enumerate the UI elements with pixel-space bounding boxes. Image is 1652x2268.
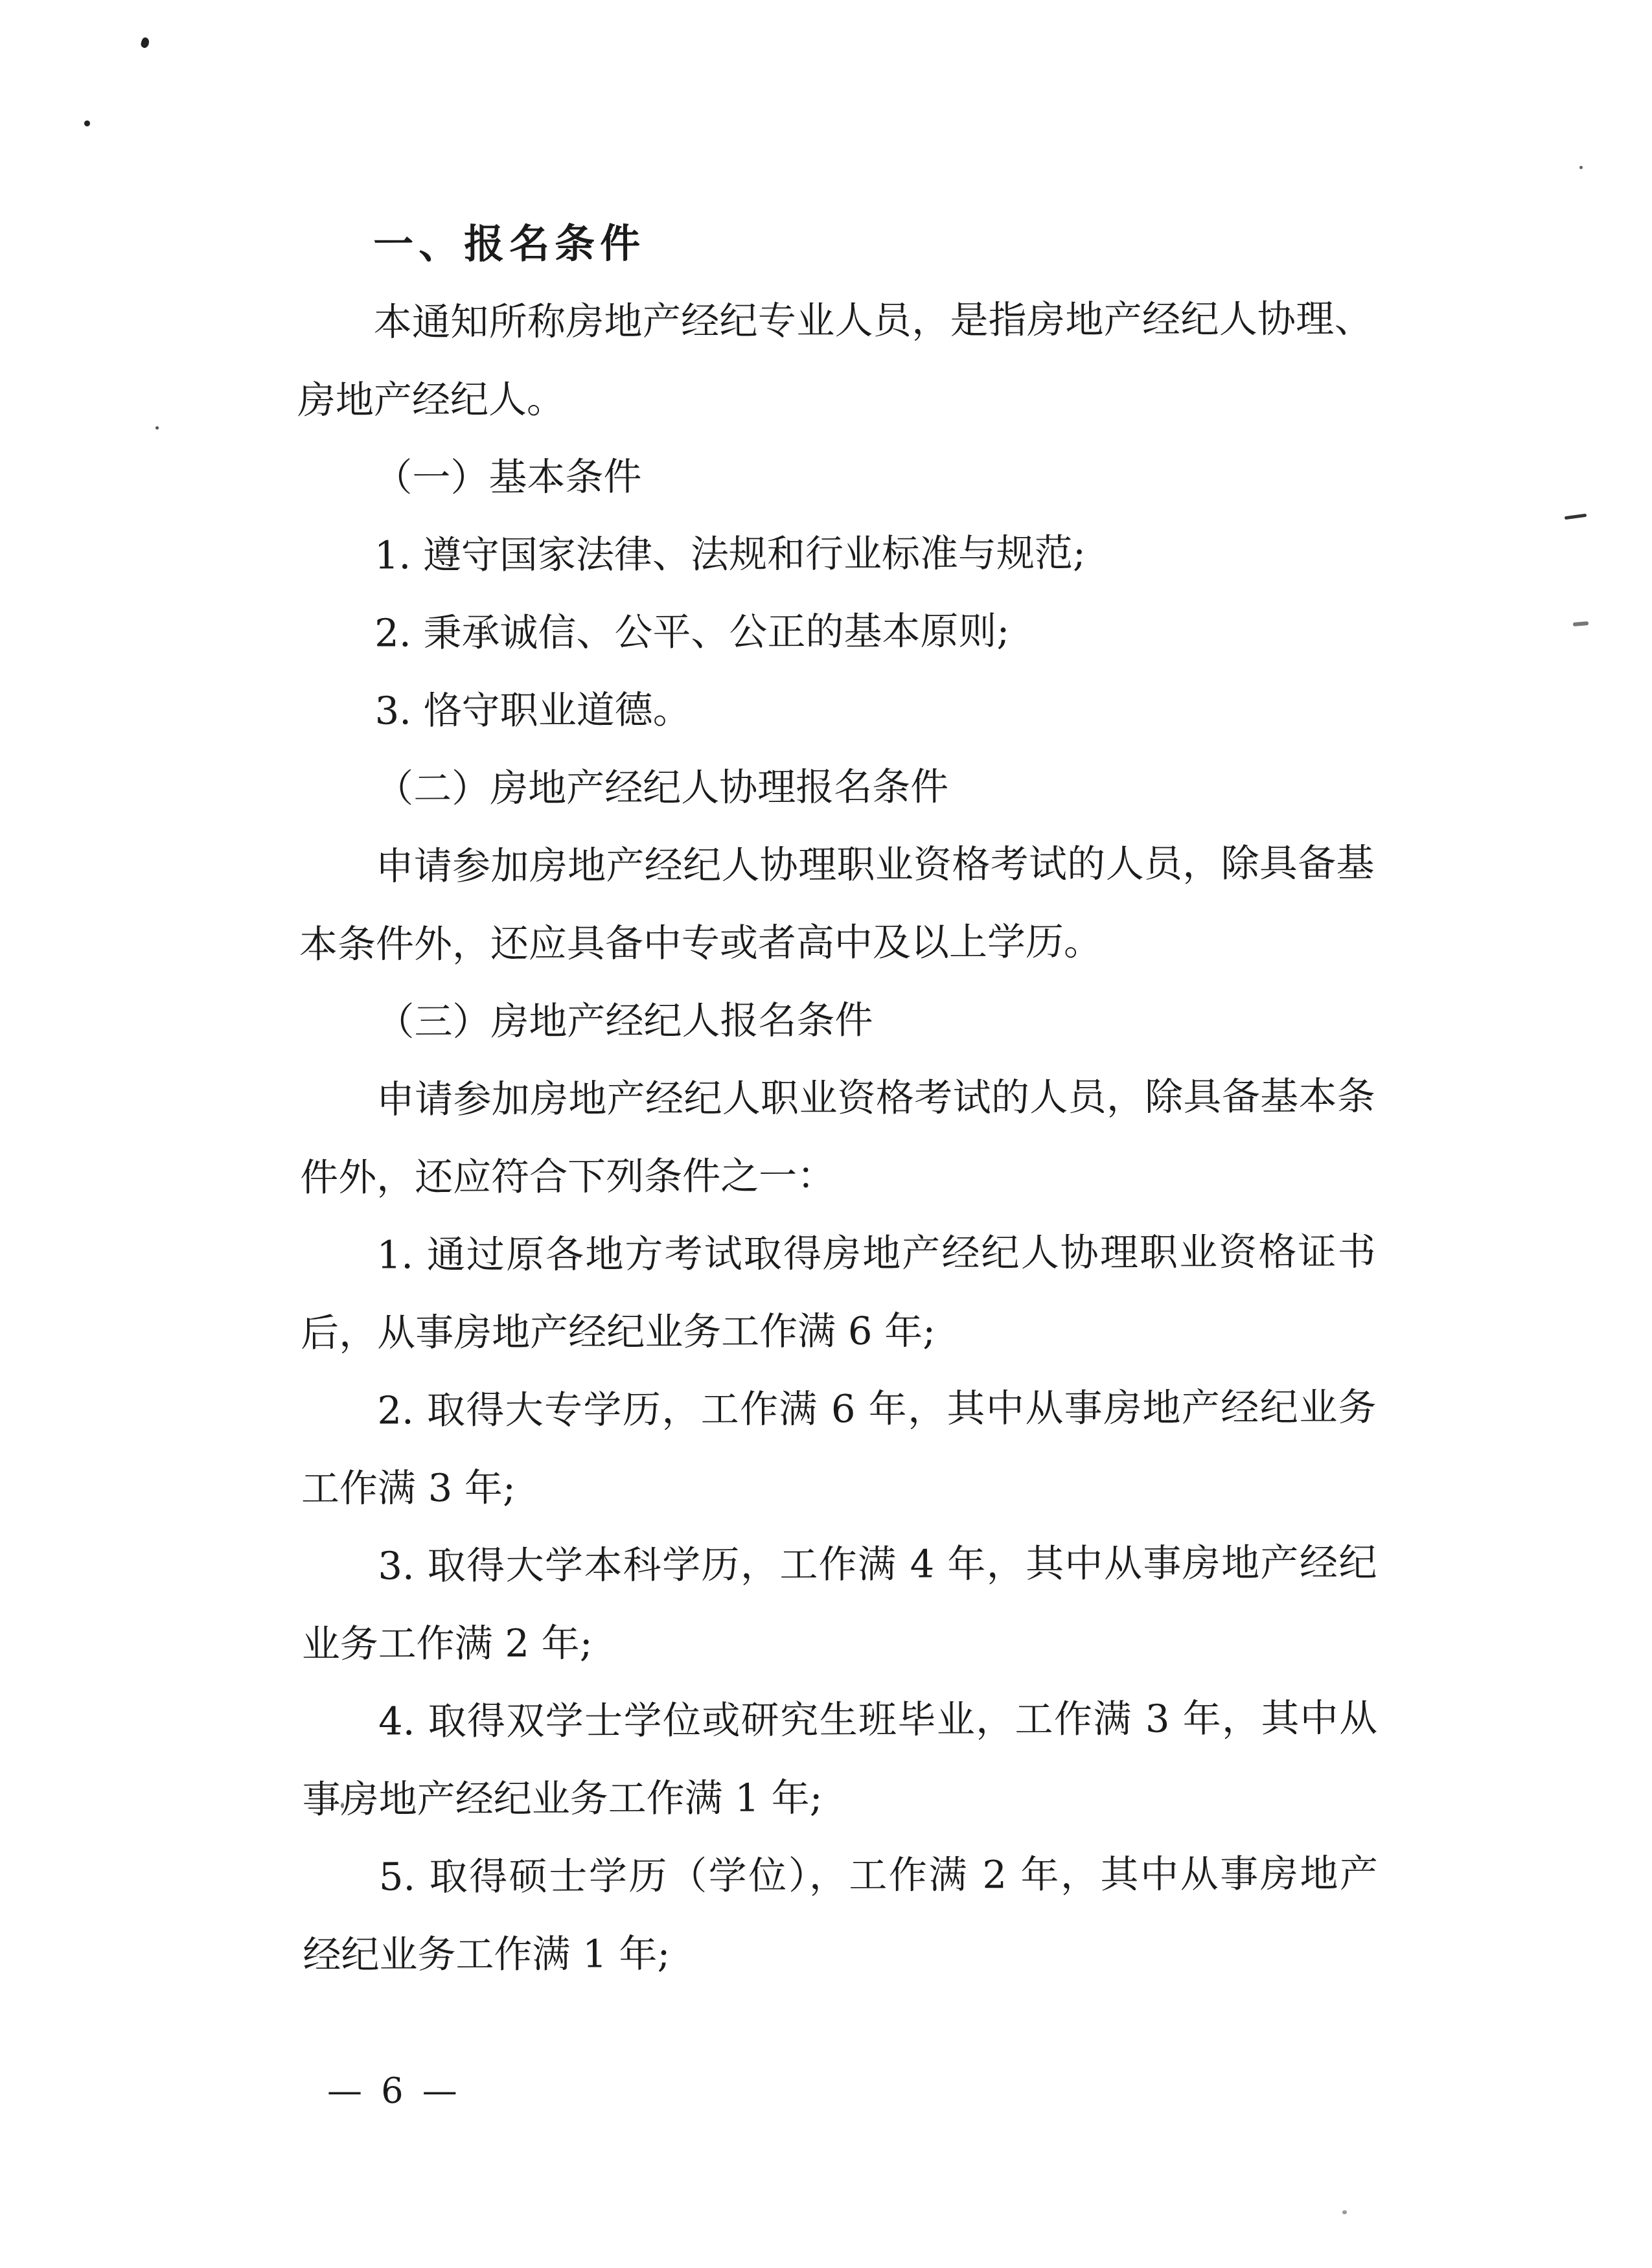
text-line: 经纪业务工作满 1 年;	[303, 1912, 1378, 1994]
scan-speck	[84, 120, 90, 126]
text-line: （一）基本条件	[297, 435, 1373, 517]
scan-speck	[1573, 621, 1589, 626]
text-line: （二）房地产经纪人协理报名条件	[299, 746, 1374, 828]
text-line: 申请参加房地产经纪人职业资格考试的人员，除具备基本条	[300, 1057, 1375, 1139]
text-line: 2. 秉承诚信、公平、公正的基本原则;	[298, 591, 1373, 672]
document-body: 一、报名条件本通知所称房地产经纪专业人员，是指房地产经纪人协理、房地产经纪人。（…	[297, 202, 1379, 1994]
scan-speck	[1579, 166, 1583, 169]
section-heading: 一、报名条件	[297, 202, 1372, 284]
scan-speck	[1342, 2210, 1347, 2214]
text-line: 本条件外，还应具备中专或者高中及以上学历。	[299, 902, 1375, 983]
text-line: 件外，还应符合下列条件之一：	[300, 1135, 1375, 1217]
text-line: 1. 通过原各地方考试取得房地产经纪人协理职业资格证书	[300, 1213, 1375, 1294]
text-line: 3. 恪守职业道德。	[299, 669, 1374, 750]
text-line: 1. 遵守国家法律、法规和行业标准与规范;	[298, 513, 1373, 595]
text-line: 房地产经纪人。	[297, 358, 1373, 439]
scan-speck	[155, 426, 159, 430]
page-number: — 6 —	[327, 2070, 461, 2111]
text-line: 事房地产经纪业务工作满 1 年;	[302, 1757, 1377, 1838]
text-line: 业务工作满 2 年;	[302, 1601, 1377, 1683]
text-line: 4. 取得双学士学位或研究生班毕业，工作满 3 年，其中从	[302, 1679, 1377, 1761]
text-line: 3. 取得大学本科学历，工作满 4 年，其中从事房地产经纪	[301, 1524, 1377, 1605]
scanned-document-page: { "document": { "title": "一、报名条件", "line…	[0, 0, 1652, 2268]
text-line: 5. 取得硕士学历（学位），工作满 2 年，其中从事房地产	[303, 1835, 1378, 1916]
scan-speck	[1565, 514, 1587, 520]
text-line: 后，从事房地产经纪业务工作满 6 年;	[301, 1290, 1376, 1372]
text-line: 工作满 3 年;	[301, 1446, 1377, 1528]
text-line: 本通知所称房地产经纪专业人员，是指房地产经纪人协理、	[297, 280, 1372, 361]
scan-speck	[140, 36, 151, 49]
text-line: 申请参加房地产经纪人协理职业资格考试的人员，除具备基	[299, 824, 1374, 906]
text-line: 2. 取得大专学历，工作满 6 年，其中从事房地产经纪业务	[301, 1368, 1376, 1450]
text-line: （三）房地产经纪人报名条件	[299, 979, 1375, 1061]
